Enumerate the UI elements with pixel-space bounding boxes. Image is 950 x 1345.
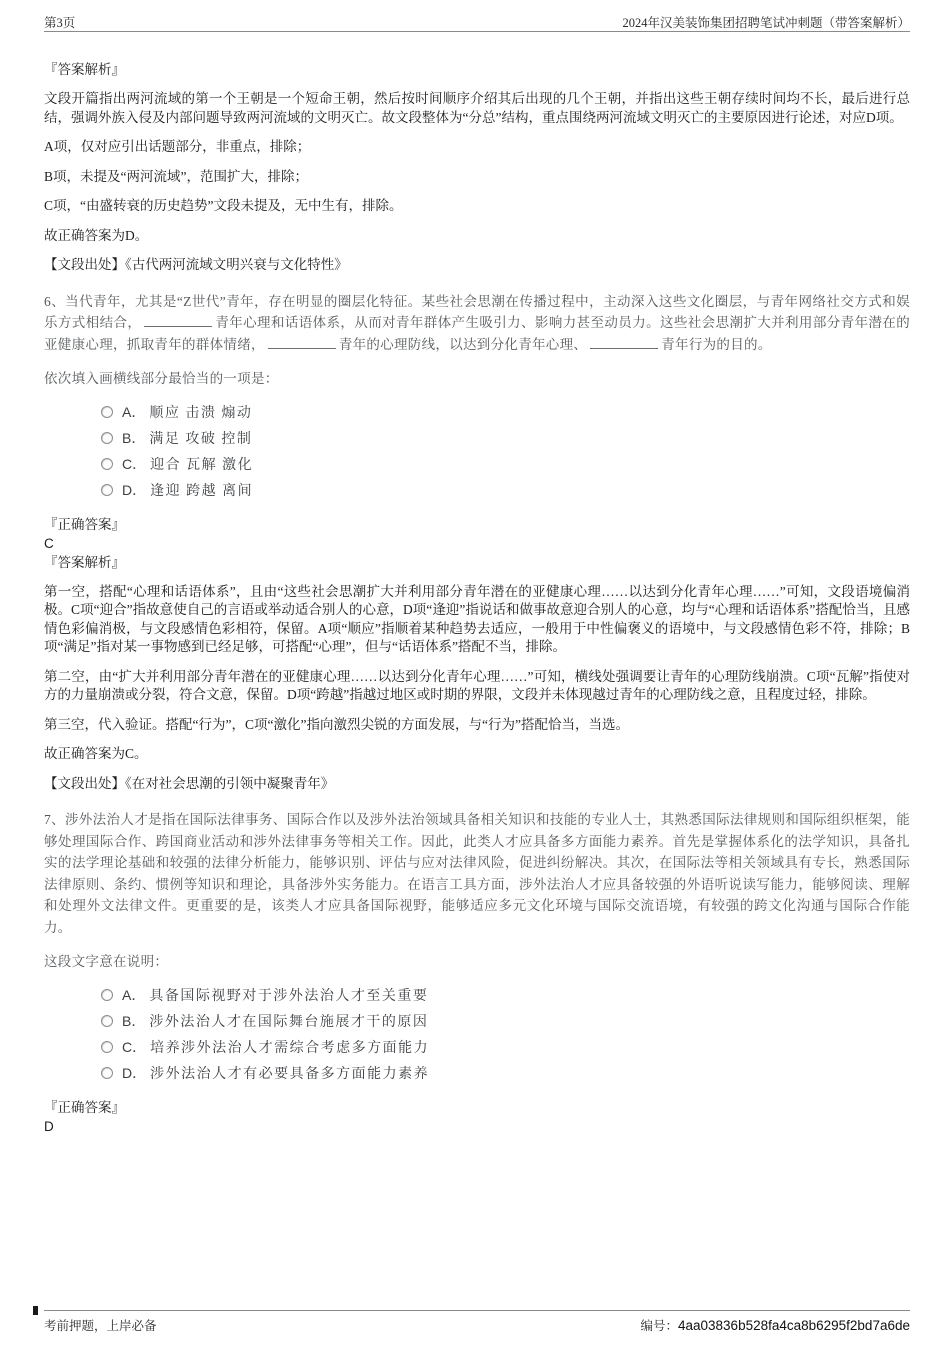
q6-option-a-letter: A．: [122, 402, 145, 422]
question7-prompt: 这段文字意在说明：: [44, 951, 910, 973]
q7-option-b-text: 涉外法治人才在国际舞台施展才干的原因: [149, 1011, 428, 1031]
q6-source-line: 【文段出处】《在对社会思潮的引领中凝聚青年》: [44, 775, 910, 794]
q5-analysis-paragraph: 文段开篇指出两河流域的第一个王朝是一个短命王朝，然后按时间顺序介绍其后出现的几个…: [44, 90, 910, 127]
footer-divider: [44, 1310, 910, 1311]
q6-option-a: A． 顺应 击溃 煽动: [101, 399, 910, 425]
footer-serial: 编号：4aa03836b528fa4ca8b6295f2bd7a6de: [640, 1316, 910, 1334]
q7-option-d: D． 涉外法治人才有必要具备多方面能力素养: [101, 1060, 910, 1086]
q6-option-a-text: 顺应 击溃 煽动: [149, 402, 252, 422]
question6-stem: 6、当代青年，尤其是“Z世代”青年，存在明显的圈层化特征。某些社会思潮在传播过程…: [44, 291, 910, 356]
serial-label: 编号：: [640, 1319, 678, 1333]
q6-stem-segment-4: 青年行为的目的。: [661, 337, 771, 352]
q6-option-b-radio[interactable]: [101, 432, 113, 444]
q6-option-c-letter: C．: [122, 454, 146, 474]
q6-option-b: B． 满足 攻破 控制: [101, 425, 910, 451]
q7-option-a-radio[interactable]: [101, 989, 113, 1001]
question6-options: A． 顺应 击溃 煽动 B． 满足 攻破 控制 C． 迎合 瓦解 激化 D． 逢…: [44, 399, 910, 503]
q6-stem-segment-3: 青年的心理防线，以达到分化青年心理、: [339, 337, 587, 352]
footer-tick-mark: [33, 1306, 38, 1315]
q7-option-a-text: 具备国际视野对于涉外法治人才至关重要: [149, 985, 428, 1005]
q6-option-d: D． 逢迎 跨越 离间: [101, 477, 910, 503]
q6-option-c-radio[interactable]: [101, 458, 113, 470]
q6-correct-answer-label: 『正确答案』: [44, 515, 910, 534]
blank-underline-1: [144, 315, 212, 327]
q6-option-c-text: 迎合 瓦解 激化: [150, 454, 253, 474]
page-footer: 考前押题，上岸必备 编号：4aa03836b528fa4ca8b6295f2bd…: [44, 1316, 910, 1334]
page-number: 第3页: [44, 13, 75, 31]
q6-option-d-radio[interactable]: [101, 484, 113, 496]
q7-option-b: B． 涉外法治人才在国际舞台施展才干的原因: [101, 1008, 910, 1034]
q7-option-c-text: 培养涉外法治人才需综合考虑多方面能力: [150, 1037, 429, 1057]
blank-underline-3: [590, 336, 658, 348]
q7-option-a: A． 具备国际视野对于涉外法治人才至关重要: [101, 982, 910, 1008]
q7-option-d-letter: D．: [122, 1063, 146, 1083]
q7-option-c: C． 培养涉外法治人才需综合考虑多方面能力: [101, 1034, 910, 1060]
page-content: 『答案解析』 文段开篇指出两河流域的第一个王朝是一个短命王朝，然后按时间顺序介绍…: [44, 50, 910, 1136]
q5-option-c-note: C项，“由盛转衰的历史趋势”文段未提及，无中生有，排除。: [44, 197, 910, 216]
q5-source-line: 【文段出处】《古代两河流域文明兴衰与文化特性》: [44, 256, 910, 275]
serial-code: 4aa03836b528fa4ca8b6295f2bd7a6de: [678, 1318, 910, 1333]
q7-option-b-radio[interactable]: [101, 1015, 113, 1027]
q7-option-c-radio[interactable]: [101, 1041, 113, 1053]
q5-option-b-note: B项，未提及“两河流域”，范围扩大，排除；: [44, 168, 910, 187]
document-page: 第3页 2024年汉美装饰集团招聘笔试冲刺题（带答案解析） 『答案解析』 文段开…: [0, 0, 950, 1345]
q6-option-b-text: 满足 攻破 控制: [149, 428, 252, 448]
q5-option-a-note: A项，仅对应引出话题部分，非重点，排除；: [44, 138, 910, 157]
q6-answer-block: 『正确答案』 C 『答案解析』: [44, 515, 910, 572]
q6-option-a-radio[interactable]: [101, 406, 113, 418]
footer-slogan: 考前押题，上岸必备: [44, 1316, 157, 1334]
question7-options: A． 具备国际视野对于涉外法治人才至关重要 B． 涉外法治人才在国际舞台施展才干…: [44, 982, 910, 1086]
q6-correct-answer: C: [44, 534, 910, 553]
q6-analysis-paragraph-3: 第三空，代入验证。搭配“行为”，C项“激化”指向激烈尖锐的方面发展，与“行为”搭…: [44, 716, 910, 735]
q7-option-a-letter: A．: [122, 985, 145, 1005]
q7-option-d-text: 涉外法治人才有必要具备多方面能力素养: [150, 1063, 429, 1083]
q6-analysis-label: 『答案解析』: [44, 553, 910, 572]
q6-option-d-letter: D．: [122, 480, 146, 500]
q6-analysis-paragraph-1: 第一空，搭配“心理和话语体系”，且由“这些社会思潮扩大并利用部分青年潜在的亚健康…: [44, 583, 910, 657]
q6-option-c: C． 迎合 瓦解 激化: [101, 451, 910, 477]
q7-correct-answer-label: 『正确答案』: [44, 1098, 910, 1117]
header-divider: [44, 31, 910, 32]
q6-analysis-paragraph-2: 第二空，由“扩大并利用部分青年潜在的亚健康心理……以达到分化青年心理……”可知，…: [44, 668, 910, 705]
q6-option-d-text: 逢迎 跨越 离间: [150, 480, 253, 500]
blank-underline-2: [268, 336, 336, 348]
document-title: 2024年汉美装饰集团招聘笔试冲刺题（带答案解析）: [622, 13, 910, 31]
q7-option-b-letter: B．: [122, 1011, 145, 1031]
q5-analysis-label: 『答案解析』: [44, 60, 910, 79]
q5-correct-statement: 故正确答案为D。: [44, 227, 910, 246]
q7-answer-block: 『正确答案』 D: [44, 1098, 910, 1136]
q6-correct-statement: 故正确答案为C。: [44, 745, 910, 764]
page-header: 第3页 2024年汉美装饰集团招聘笔试冲刺题（带答案解析）: [44, 13, 910, 31]
q6-option-b-letter: B．: [122, 428, 145, 448]
q7-correct-answer: D: [44, 1117, 910, 1136]
q7-option-c-letter: C．: [122, 1037, 146, 1057]
q7-option-d-radio[interactable]: [101, 1067, 113, 1079]
question6-prompt: 依次填入画横线部分最恰当的一项是：: [44, 368, 910, 390]
question7-stem: 7、涉外法治人才是指在国际法律事务、国际合作以及涉外法治领域具备相关知识和技能的…: [44, 809, 910, 938]
